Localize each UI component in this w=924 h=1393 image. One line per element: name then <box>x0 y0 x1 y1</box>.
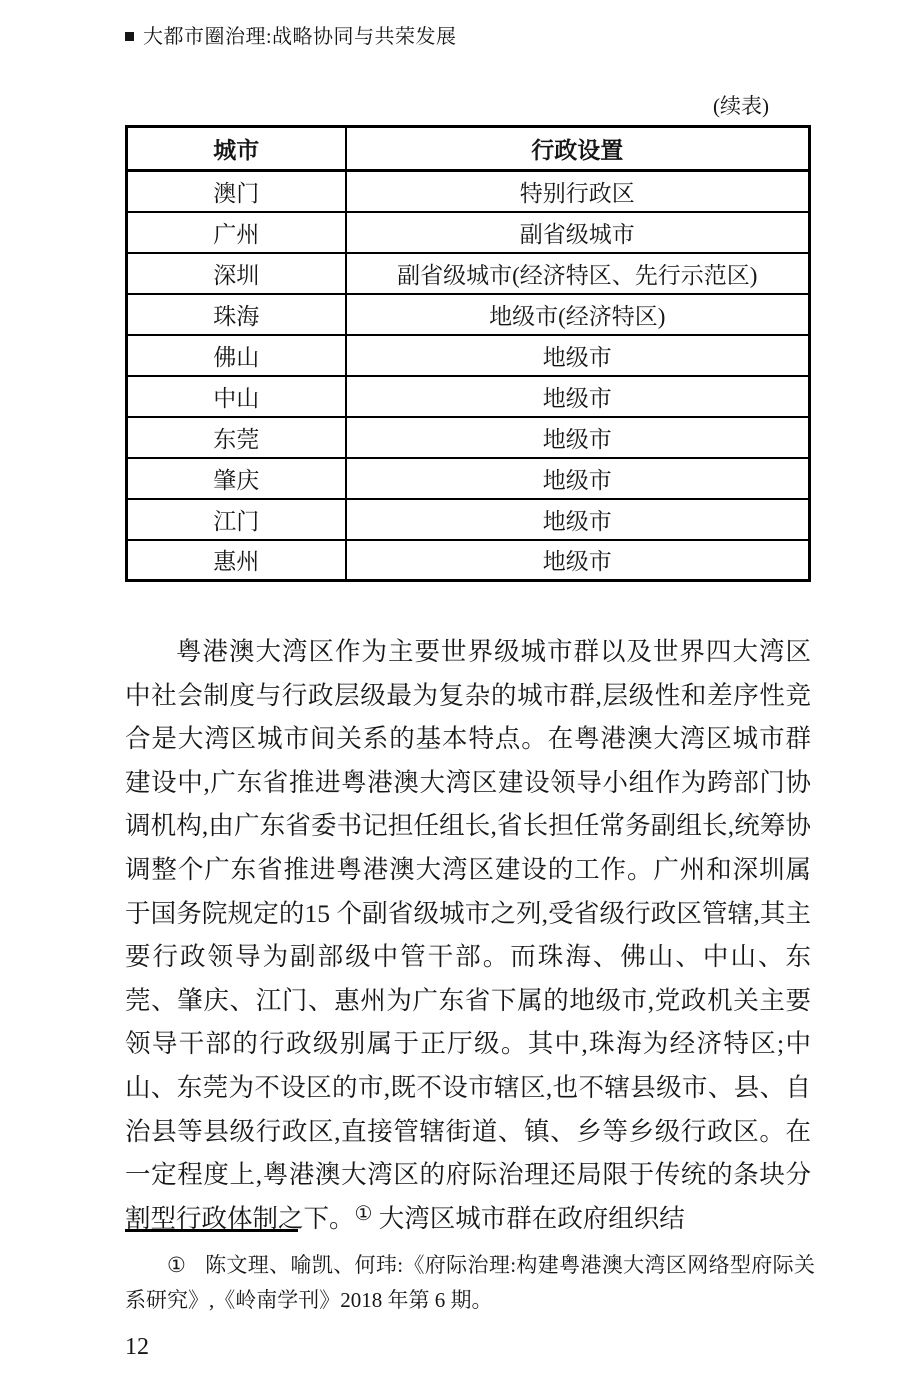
city-cell: 肇庆 <box>127 458 346 499</box>
admin-setting-cell: 地级市 <box>346 499 810 540</box>
admin-setting-cell: 地级市 <box>346 335 810 376</box>
table-row: 江门地级市 <box>127 499 810 540</box>
table-row: 中山地级市 <box>127 376 810 417</box>
city-cell: 深圳 <box>127 253 346 294</box>
admin-setting-cell: 地级市 <box>346 376 810 417</box>
column-header-city: 城市 <box>127 127 346 171</box>
table-row: 东莞地级市 <box>127 417 810 458</box>
admin-setting-cell: 副省级城市(经济特区、先行示范区) <box>346 253 810 294</box>
admin-setting-cell: 地级市 <box>346 458 810 499</box>
square-bullet-icon <box>125 32 134 41</box>
book-page: 大都市圈治理:战略协同与共荣发展 (续表) 城市 行政设置 澳门特别行政区广州副… <box>0 0 924 1393</box>
table-row: 佛山地级市 <box>127 335 810 376</box>
table-row: 珠海地级市(经济特区) <box>127 294 810 335</box>
city-cell: 江门 <box>127 499 346 540</box>
city-cell: 东莞 <box>127 417 346 458</box>
table-row: 澳门特别行政区 <box>127 171 810 212</box>
running-header: 大都市圈治理:战略协同与共荣发展 <box>125 20 457 49</box>
admin-setting-cell: 副省级城市 <box>346 212 810 253</box>
page-number: 12 <box>125 1334 149 1361</box>
table-row: 广州副省级城市 <box>127 212 810 253</box>
table-row: 惠州地级市 <box>127 540 810 581</box>
column-header-admin-setting: 行政设置 <box>346 127 810 171</box>
city-cell: 广州 <box>127 212 346 253</box>
admin-setting-cell: 特别行政区 <box>346 171 810 212</box>
paragraph-text-after-footnote: 大湾区城市群在政府组织结 <box>372 1204 684 1233</box>
body-paragraph: 粤港澳大湾区作为主要世界级城市群以及世界四大湾区中社会制度与行政层级最为复杂的城… <box>125 630 811 1240</box>
footnote-text: 陈文理、喻凯、何玮:《府际治理:构建粤港澳大湾区网络型府际关系研究》,《岭南学刊… <box>125 1253 815 1312</box>
table-header-row: 城市 行政设置 <box>127 127 810 171</box>
admin-setting-cell: 地级市(经济特区) <box>346 294 810 335</box>
city-cell: 珠海 <box>127 294 346 335</box>
admin-setting-cell: 地级市 <box>346 417 810 458</box>
city-admin-table: 城市 行政设置 澳门特别行政区广州副省级城市深圳副省级城市(经济特区、先行示范区… <box>125 125 811 582</box>
continued-table-label: (续表) <box>713 90 769 120</box>
running-header-title: 大都市圈治理:战略协同与共荣发展 <box>143 26 457 48</box>
city-cell: 佛山 <box>127 335 346 376</box>
city-cell: 澳门 <box>127 171 346 212</box>
paragraph-text-before-footnote: 粤港澳大湾区作为主要世界级城市群以及世界四大湾区中社会制度与行政层级最为复杂的城… <box>125 637 811 1233</box>
footnote-divider <box>125 1229 298 1232</box>
footnote: ①陈文理、喻凯、何玮:《府际治理:构建粤港澳大湾区网络型府际关系研究》,《岭南学… <box>125 1248 815 1318</box>
table-row: 深圳副省级城市(经济特区、先行示范区) <box>127 253 810 294</box>
city-cell: 惠州 <box>127 540 346 581</box>
footnote-marker: ① <box>167 1253 186 1277</box>
table-body: 澳门特别行政区广州副省级城市深圳副省级城市(经济特区、先行示范区)珠海地级市(经… <box>127 171 810 581</box>
table-row: 肇庆地级市 <box>127 458 810 499</box>
footnote-reference-mark: ① <box>355 1203 373 1225</box>
admin-setting-cell: 地级市 <box>346 540 810 581</box>
city-cell: 中山 <box>127 376 346 417</box>
